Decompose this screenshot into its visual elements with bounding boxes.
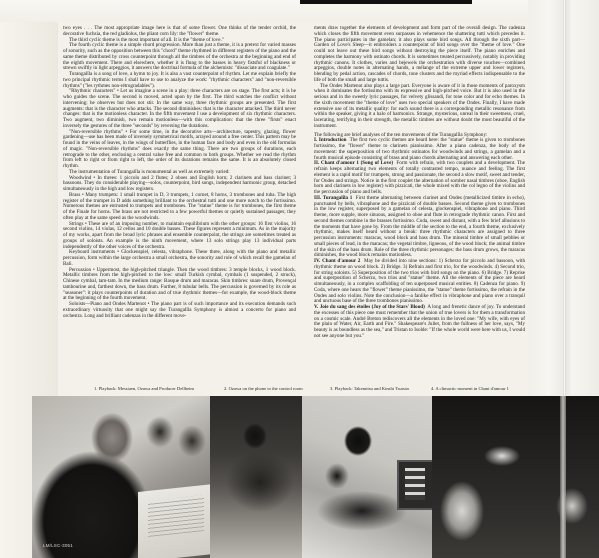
- movement-text: May be divided into nine sections: 1) Sc…: [314, 258, 525, 304]
- caption-2: 2. Ozawa on the phone to the control roo…: [224, 386, 303, 391]
- paragraph: Soloists—Piano and Ondes Martenot • The …: [63, 302, 296, 319]
- caption-3: 3. Playback: Takemitsu and Kinshi Tsurut…: [330, 386, 409, 391]
- paragraph: two eyes . . . The most appropriate imag…: [63, 26, 296, 38]
- photo-takemitsu-tsuruta: [302, 396, 432, 558]
- paragraph: "Rhythmic characters" • Let us imagine a…: [63, 89, 296, 129]
- photo-ozawa-phone: [210, 396, 302, 558]
- movement-2: II. Chant d'amour 1 (Song of Love) Form …: [314, 161, 525, 196]
- right-text-column: ments draw together the elements of deve…: [314, 26, 525, 340]
- paragraph: Keyboard instruments • Glockenspiel, cel…: [63, 250, 296, 267]
- paragraph: Strings • These are of an imposing numbe…: [63, 222, 296, 251]
- top-black-bar: [300, 0, 472, 4]
- caption-4: 4. A climactic moment in Chant d'amour 1: [431, 386, 509, 391]
- catalog-number: LM/LSC-3051: [43, 543, 73, 548]
- paragraph: The fourth cyclic theme is a simple chor…: [63, 43, 296, 72]
- mixing-console: [397, 460, 432, 510]
- paragraph: Woodwind • In threes: 1 piccolo and 2 fl…: [63, 176, 296, 193]
- movement-1: I. Introduction The first two cyclic the…: [314, 138, 525, 161]
- paragraph: "Non-reversible rhythms" • For some time…: [63, 130, 296, 170]
- photo-messiaen-ozawa-dellheim: [32, 396, 210, 558]
- movement-text: A long and frenetic dance of joy. To und…: [314, 304, 525, 339]
- left-text-column: two eyes . . . The most appropriate imag…: [63, 26, 296, 319]
- spine-highlight: [560, 396, 566, 558]
- movement-5: V. Joie du sang des étoiles (Joy of the …: [314, 305, 525, 340]
- photo-strip: [32, 396, 599, 558]
- caption-1: 1. Playback: Messiaen, Ozawa and Produce…: [94, 386, 194, 391]
- movement-4: IV. Chant d'amour 2 May be divided into …: [314, 259, 525, 305]
- paragraph: The Ondes Martenot also plays a large pa…: [314, 84, 525, 130]
- music-score: [138, 484, 210, 558]
- movement-text: Form with refrain, with two couplets and…: [314, 160, 525, 195]
- photo-captions: 1. Playback: Messiaen, Ozawa and Produce…: [94, 386, 534, 395]
- photo-orchestra-climax: [432, 396, 599, 558]
- paragraph: Percussion • Uppermost, the high-pitched…: [63, 268, 296, 303]
- movement-text: First theme alternating between clarinet…: [314, 195, 525, 259]
- paragraph: ments draw together the elements of deve…: [314, 26, 525, 84]
- movement-3: III. Turangalîla 1 First theme alternati…: [314, 196, 525, 259]
- paragraph: Turangalîla is a song of love, a hymn to…: [63, 72, 296, 89]
- paragraph: Brass • Many trumpets: 1 small trumpet i…: [63, 193, 296, 222]
